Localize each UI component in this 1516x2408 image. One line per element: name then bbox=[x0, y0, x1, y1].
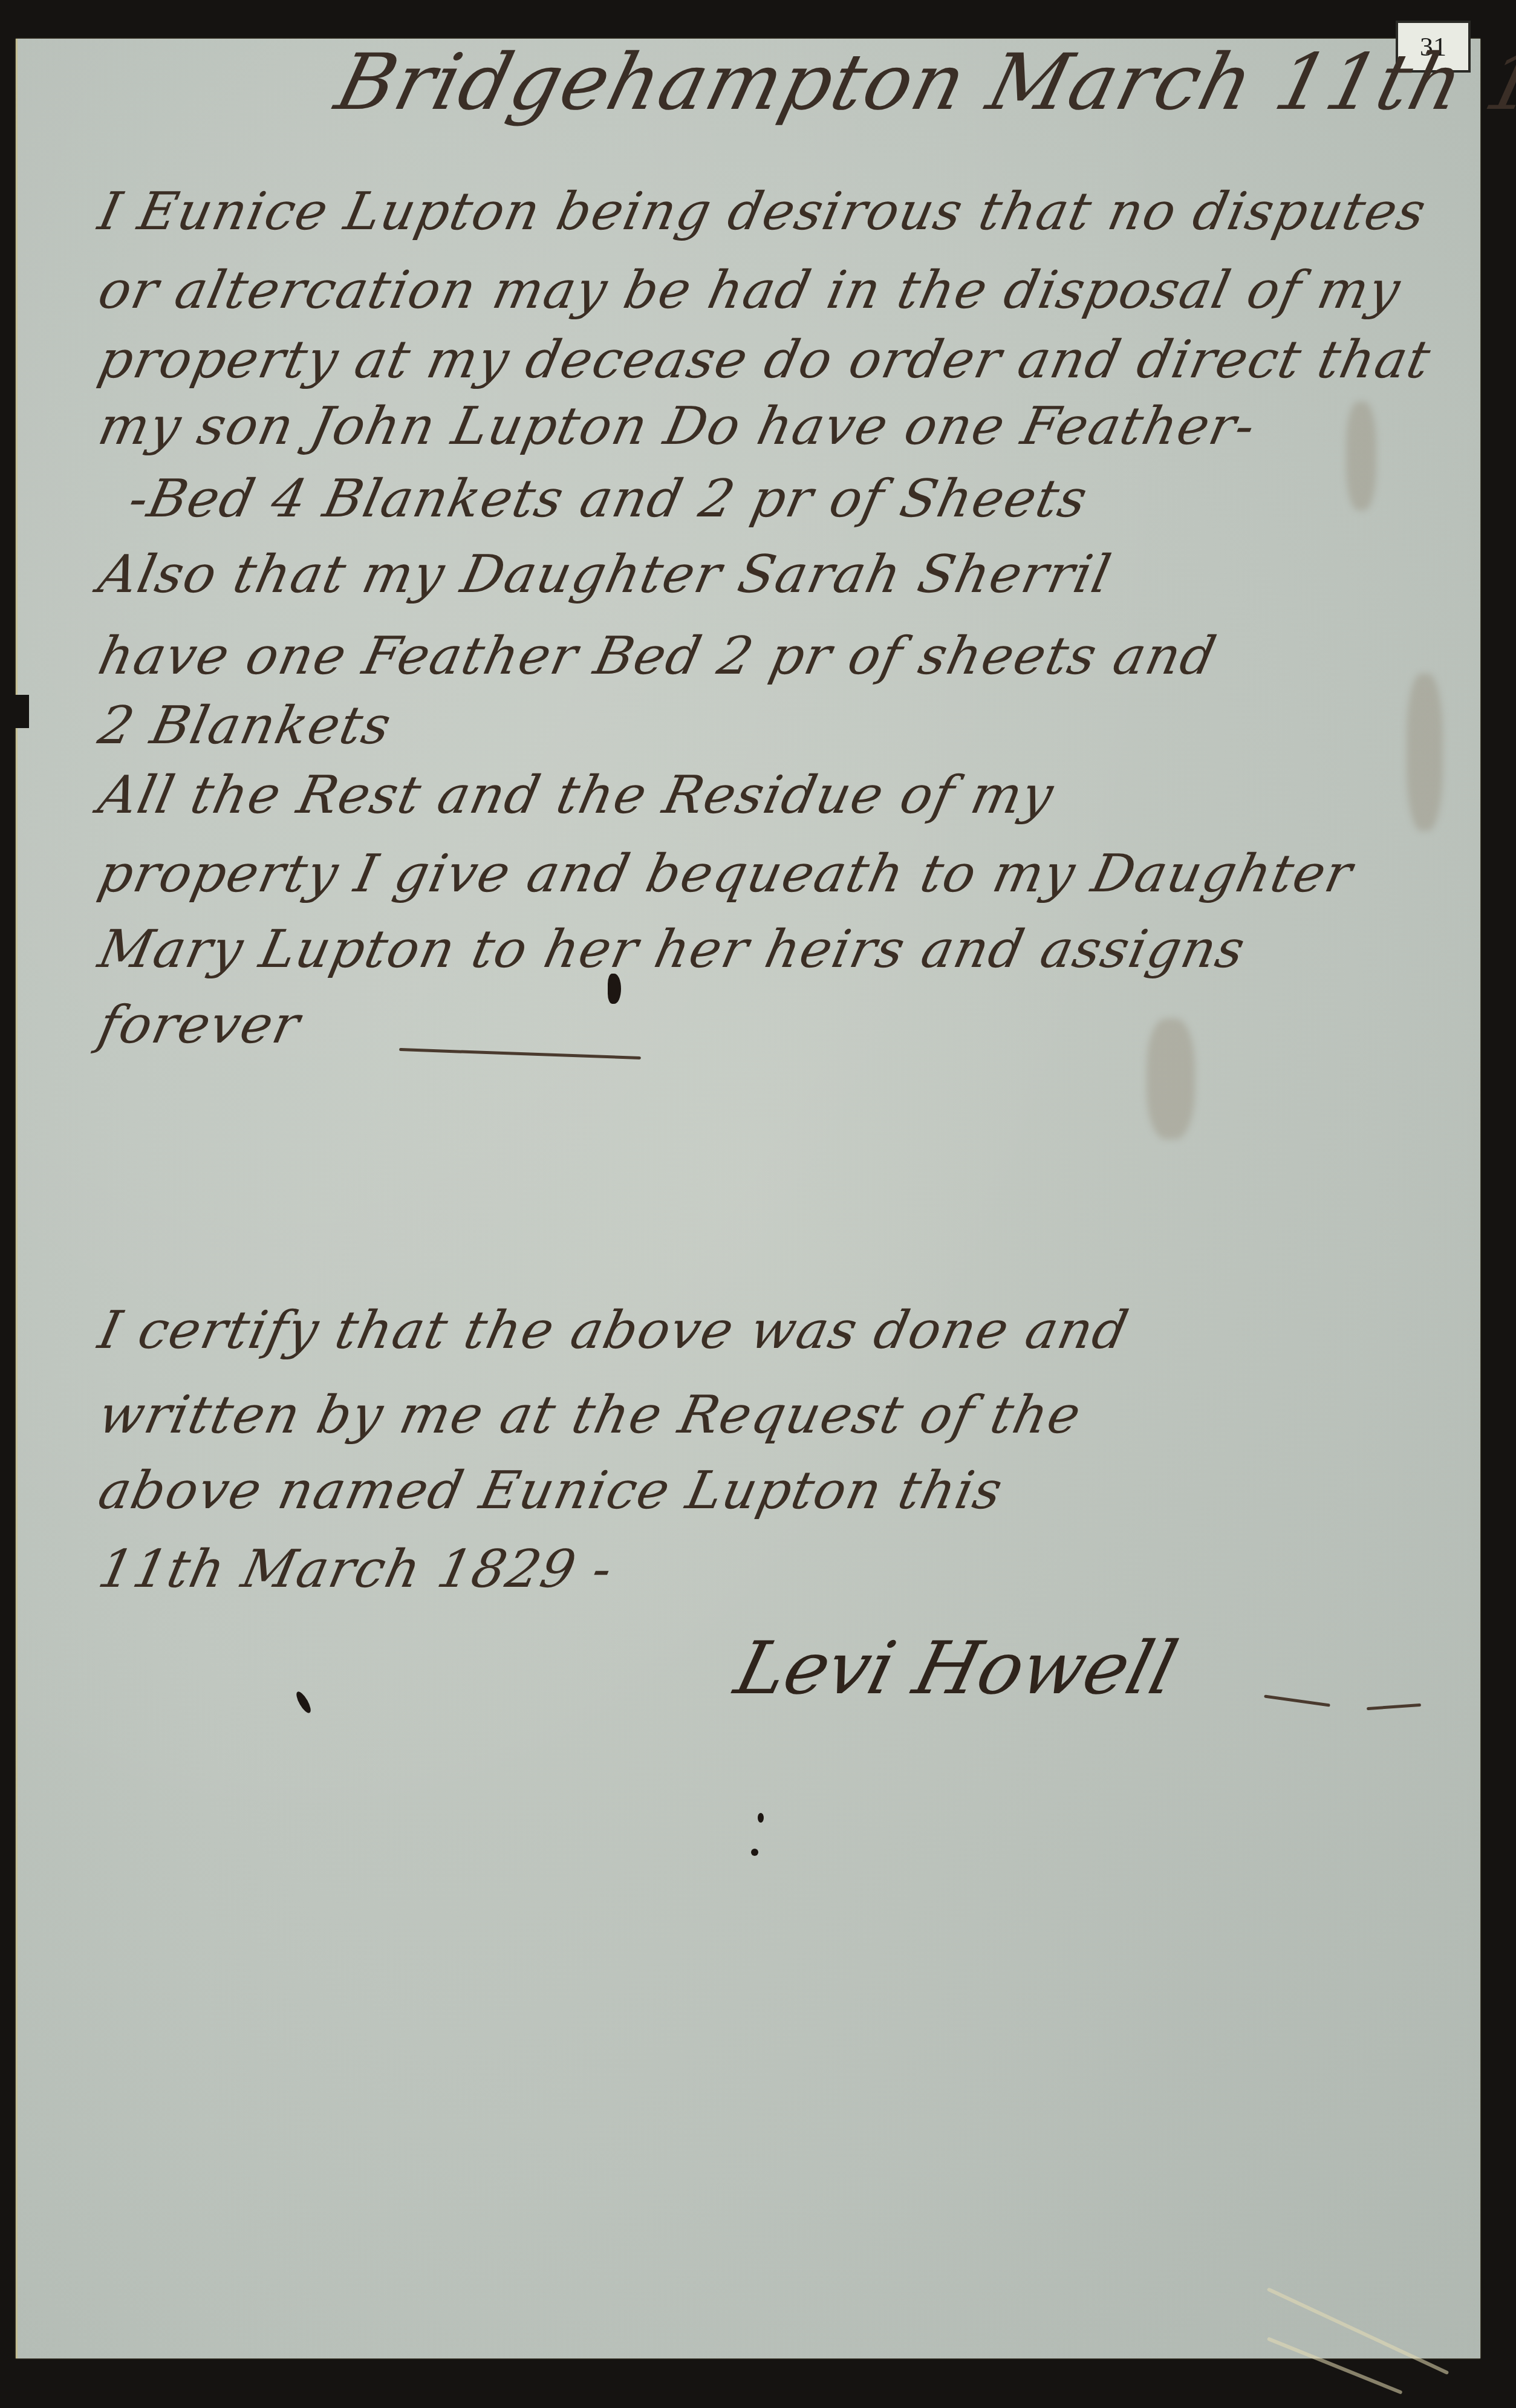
will-line-10: property I give and bequeath to my Daugh… bbox=[93, 844, 1358, 904]
will-line-11: Mary Lupton to her her heirs and assigns bbox=[93, 919, 1251, 980]
certification-line-3: above named Eunice Lupton this bbox=[93, 1460, 1008, 1521]
will-line-8: 2 Blankets bbox=[93, 695, 397, 756]
document-heading-place-date: Bridgehampton March 11th 1829 bbox=[327, 37, 1516, 128]
paper-edge bbox=[16, 39, 18, 2358]
paper-stain bbox=[1346, 402, 1376, 510]
certification-line-2: written by me at the Request of the bbox=[93, 1385, 1087, 1445]
will-line-3: property at my decease do order and dire… bbox=[93, 330, 1436, 390]
stray-ink-mark bbox=[758, 1813, 764, 1823]
paper-tear-notch bbox=[11, 695, 29, 728]
will-line-7: have one Feather Bed 2 pr of sheets and bbox=[93, 626, 1222, 686]
will-line-2: or altercation may be had in the disposa… bbox=[93, 260, 1406, 321]
will-line-5: -Bed 4 Blankets and 2 pr of Sheets bbox=[123, 469, 1093, 529]
will-line-6: Also that my Daughter Sarah Sherril bbox=[93, 544, 1116, 605]
will-line-9: All the Rest and the Residue of my bbox=[93, 765, 1059, 825]
certification-line-1: I certify that the above was done and bbox=[93, 1300, 1134, 1361]
witness-signature: Levi Howell bbox=[727, 1627, 1185, 1711]
will-line-4: my son John Lupton Do have one Feather- bbox=[93, 396, 1261, 457]
will-line-12: forever bbox=[93, 995, 305, 1055]
will-line-1: I Eunice Lupton being desirous that no d… bbox=[93, 181, 1432, 242]
paper-stain bbox=[1147, 1018, 1195, 1139]
certification-line-4: 11th March 1829 - bbox=[93, 1539, 619, 1599]
stray-ink-mark bbox=[751, 1849, 758, 1856]
paper-stain bbox=[1407, 674, 1443, 831]
ink-blot bbox=[608, 974, 621, 1004]
